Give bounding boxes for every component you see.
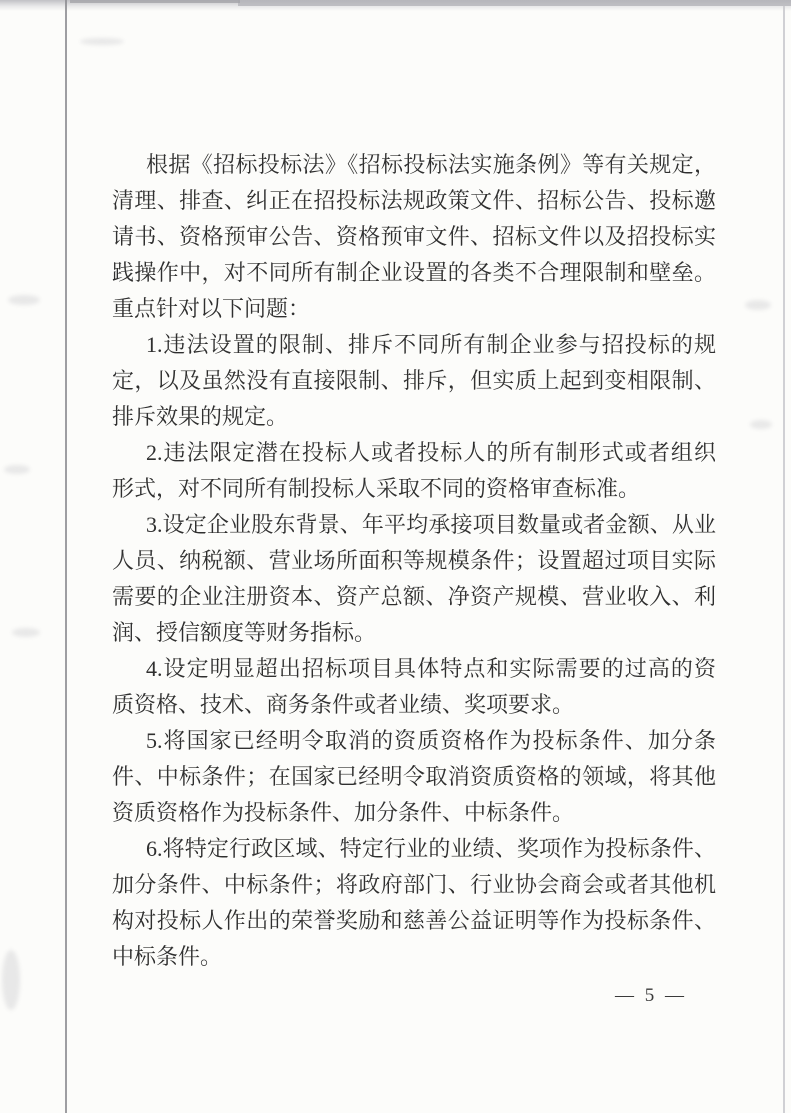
text-line: 件、中标条件；在国家已经明令取消资质资格的领域，将其他 (112, 759, 716, 795)
scan-smudge (750, 420, 772, 429)
text-line: 排斥效果的规定。 (112, 399, 716, 435)
text-line: 润、授信额度等财务指标。 (112, 615, 716, 651)
scan-top-edge-line (70, 0, 240, 3)
text-line: 根据《招标投标法》《招标投标法实施条例》等有关规定， (112, 147, 716, 183)
scan-smudge (12, 628, 40, 637)
page-number: — 5 — (571, 983, 731, 1009)
paragraph-item-1: 1.违法设置的限制、排斥不同所有制企业参与招投标的规 定，以及虽然没有直接限制、… (112, 327, 716, 435)
scan-smudge (80, 38, 124, 45)
text-line: 1.违法设置的限制、排斥不同所有制企业参与招投标的规 (112, 327, 716, 363)
document-body: 根据《招标投标法》《招标投标法实施条例》等有关规定， 清理、排查、纠正在招投标法… (112, 147, 716, 975)
text-line: 质资格、技术、商务条件或者业绩、奖项要求。 (112, 687, 716, 723)
text-line: 人员、纳税额、营业场所面积等规模条件；设置超过项目实际 (112, 543, 716, 579)
scan-smudge (4, 465, 30, 474)
paragraph-item-6: 6.将特定行政区域、特定行业的业绩、奖项作为投标条件、 加分条件、中标条件；将政… (112, 831, 716, 975)
text-line: 构对投标人作出的荣誉奖励和慈善公益证明等作为投标条件、 (112, 903, 716, 939)
scan-smudge (745, 300, 771, 310)
text-line: 5.将国家已经明令取消的资质资格作为投标条件、加分条 (112, 723, 716, 759)
paragraph-item-5: 5.将国家已经明令取消的资质资格作为投标条件、加分条 件、中标条件；在国家已经明… (112, 723, 716, 831)
text-line: 加分条件、中标条件；将政府部门、行业协会商会或者其他机 (112, 867, 716, 903)
paragraph-item-4: 4.设定明显超出招标项目具体特点和实际需要的过高的资 质资格、技术、商务条件或者… (112, 651, 716, 723)
text-line: 资质资格作为投标条件、加分条件、中标条件。 (112, 795, 716, 831)
text-line: 6.将特定行政区域、特定行业的业绩、奖项作为投标条件、 (112, 831, 716, 867)
text-line: 请书、资格预审公告、资格预审文件、招标文件以及招投标实 (112, 219, 716, 255)
text-line: 重点针对以下问题： (112, 291, 716, 327)
scan-smudge (2, 950, 20, 1010)
page-edge-line-right (783, 6, 785, 1113)
text-line: 需要的企业注册资本、资产总额、净资产规模、营业收入、利 (112, 579, 716, 615)
paragraph-intro: 根据《招标投标法》《招标投标法实施条例》等有关规定， 清理、排查、纠正在招投标法… (112, 147, 716, 327)
text-line: 4.设定明显超出招标项目具体特点和实际需要的过高的资 (112, 651, 716, 687)
scanned-document-page: 根据《招标投标法》《招标投标法实施条例》等有关规定， 清理、排查、纠正在招投标法… (0, 0, 791, 1113)
text-line: 清理、排查、纠正在招投标法规政策文件、招标公告、投标邀 (112, 183, 716, 219)
scan-smudge (8, 295, 40, 305)
page-fold-line-left (65, 0, 67, 1113)
text-line: 3.设定企业股东背景、年平均承接项目数量或者金额、从业 (112, 507, 716, 543)
text-line: 定，以及虽然没有直接限制、排斥，但实质上起到变相限制、 (112, 363, 716, 399)
text-line: 践操作中，对不同所有制企业设置的各类不合理限制和壁垒。 (112, 255, 716, 291)
text-line: 2.违法限定潜在投标人或者投标人的所有制形式或者组织 (112, 435, 716, 471)
text-line: 形式，对不同所有制投标人采取不同的资格审查标准。 (112, 471, 716, 507)
paragraph-item-2: 2.违法限定潜在投标人或者投标人的所有制形式或者组织 形式，对不同所有制投标人采… (112, 435, 716, 507)
scan-top-edge-strip (238, 0, 791, 6)
paragraph-item-3: 3.设定企业股东背景、年平均承接项目数量或者金额、从业 人员、纳税额、营业场所面… (112, 507, 716, 651)
text-line: 中标条件。 (112, 939, 716, 975)
